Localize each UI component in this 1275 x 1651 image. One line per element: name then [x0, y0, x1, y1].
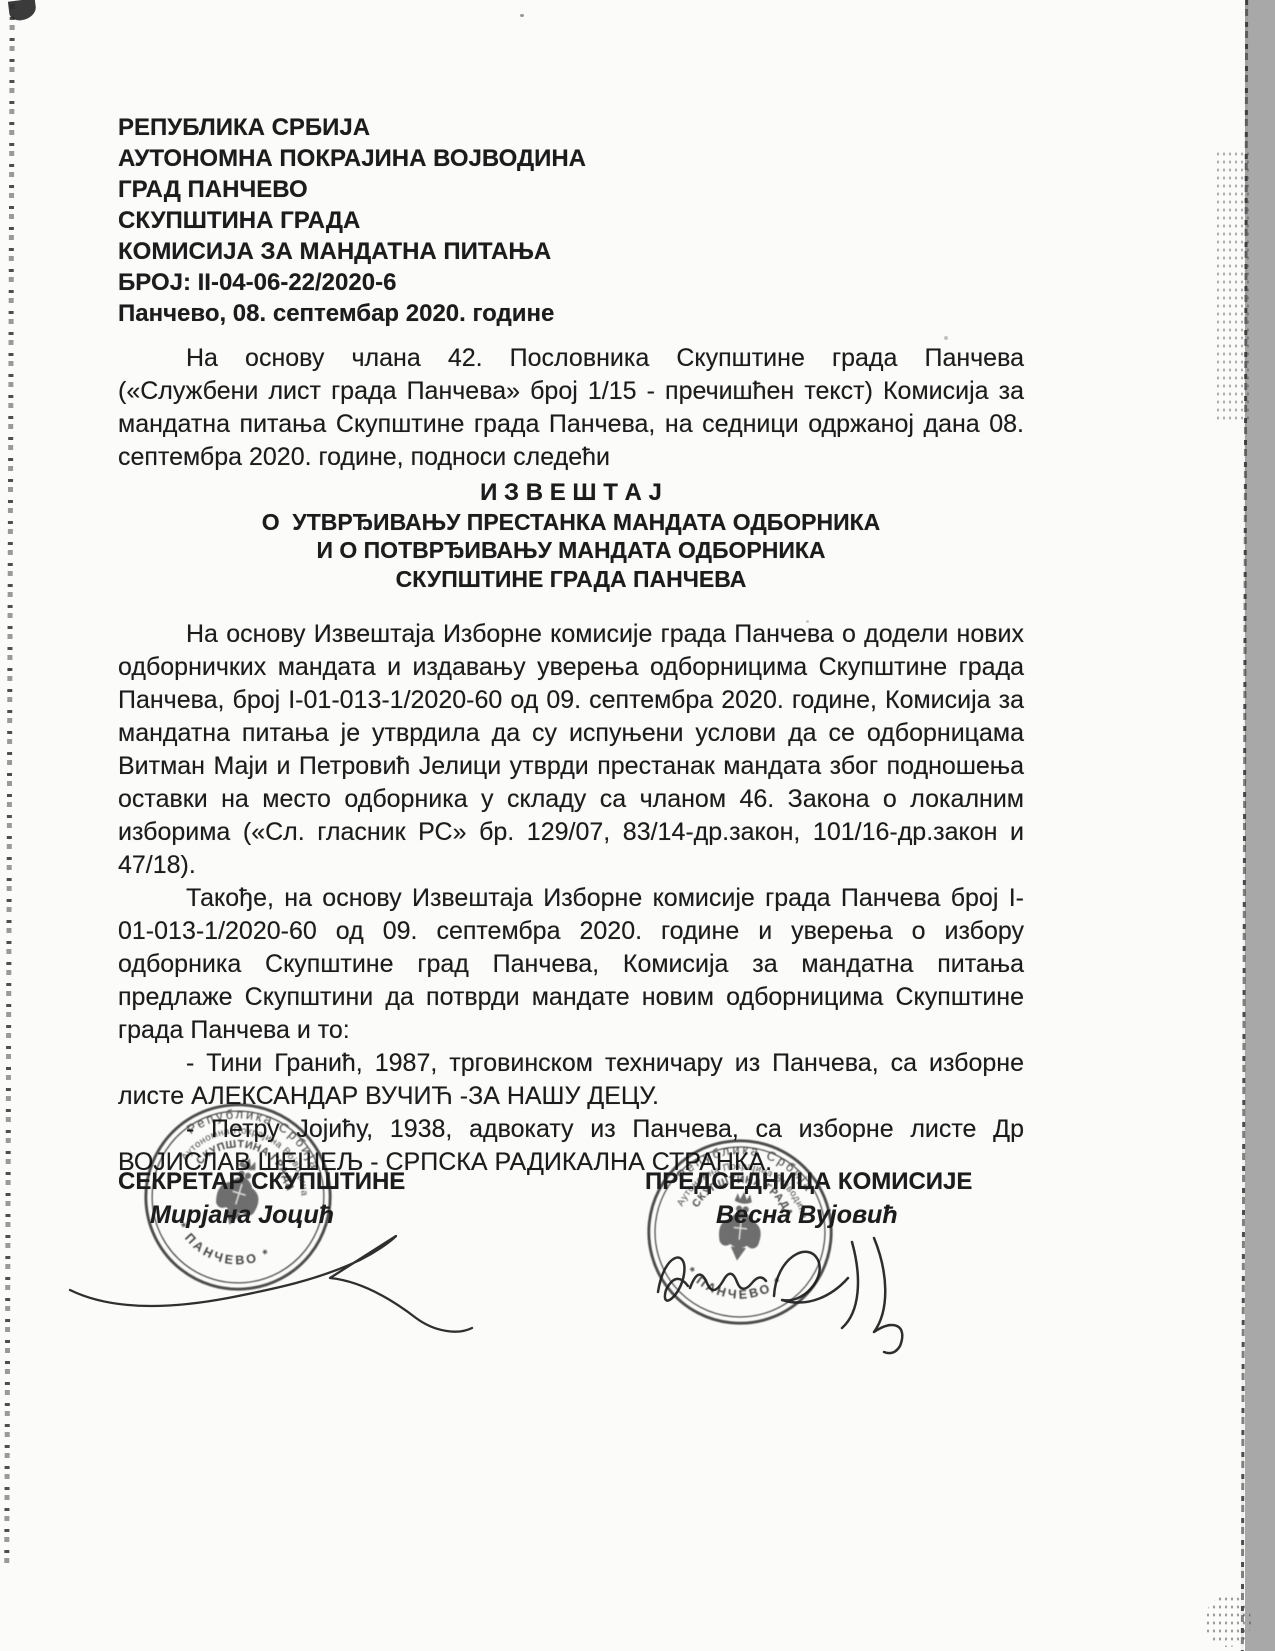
body-paragraph: Такође, на основу Извештаја Изборне коми…: [118, 882, 1024, 1047]
document-title: И З В Е Ш Т А Ј О УТВРЂИВАЊУ ПРЕСТАНКА М…: [118, 479, 1024, 593]
scan-edge-artifact-left: [4, 0, 14, 1564]
scan-speck: [520, 14, 524, 17]
body-paragraph: На основу Извештаја Изборне комисије гра…: [118, 618, 1024, 882]
title-line-2: О УТВРЂИВАЊУ ПРЕСТАНКА МАНДАТА ОДБОРНИКА: [118, 508, 1024, 537]
signatory-role-left: СЕКРЕТАР СКУПШТИНЕ: [118, 1168, 405, 1196]
document-number: БРОЈ: II-04-06-22/2020-6: [118, 267, 838, 298]
scan-noise-bottom-right: [1205, 1595, 1251, 1647]
letterhead: РЕПУБЛИКА СРБИЈА АУТОНОМНА ПОКРАЈИНА ВОЈ…: [118, 112, 838, 329]
title-line-4: СКУПШТИНЕ ГРАДА ПАНЧЕВА: [118, 565, 1024, 594]
letterhead-line: СКУПШТИНА ГРАДА: [118, 205, 838, 236]
handwritten-signature-left: [60, 1218, 480, 1343]
signatory-role-right: ПРЕДСЕДНИЦА КОМИСИЈЕ: [645, 1168, 972, 1196]
place-and-date: Панчево, 08. септембар 2020. године: [118, 298, 838, 329]
document-body: На основу Извештаја Изборне комисије гра…: [118, 618, 1024, 1179]
scan-noise-right: [1215, 150, 1249, 420]
scanner-background-strip: [1245, 0, 1275, 1651]
letterhead-line: КОМИСИЈА ЗА МАНДАТНА ПИТАЊА: [118, 236, 838, 267]
letterhead-line: РЕПУБЛИКА СРБИЈА: [118, 112, 838, 143]
intro-paragraph: На основу члана 42. Пословника Скупштине…: [118, 342, 1024, 474]
title-line-3: И О ПОТВРЂИВАЊУ МАНДАТА ОДБОРНИКА: [118, 536, 1024, 565]
scan-speck: [944, 336, 948, 340]
letterhead-line: ГРАД ПАНЧЕВО: [118, 174, 838, 205]
scanned-page: { "colors": { "ink": "#1c1c1c", "scan-ba…: [0, 0, 1275, 1651]
letterhead-line: АУТОНОМНА ПОКРАЈИНА ВОЈВОДИНА: [118, 143, 838, 174]
handwritten-signature-right: [636, 1200, 936, 1360]
title-line-1: И З В Е Ш Т А Ј: [118, 479, 1024, 508]
scan-corner-artifact: [8, 0, 37, 22]
